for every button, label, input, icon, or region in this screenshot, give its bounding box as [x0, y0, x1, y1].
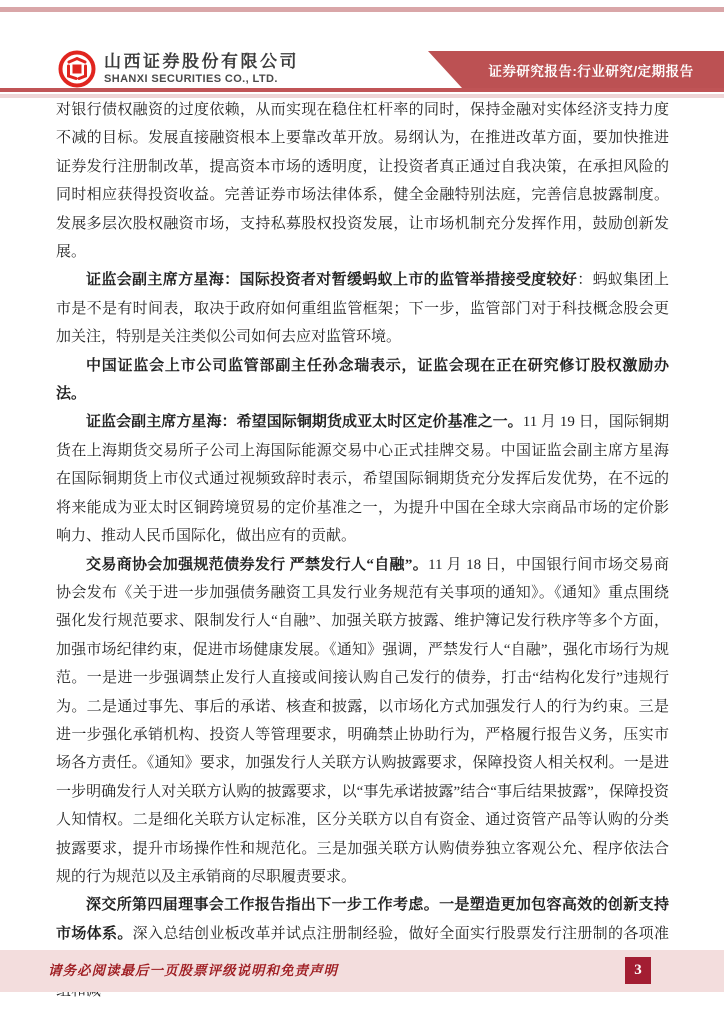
paragraph: 交易商协会加强规范债券发行 严禁发行人“自融”。11 月 18 日，中国银行间市… [56, 551, 669, 892]
report-type-banner: 证券研究报告:行业研究/定期报告 [428, 51, 724, 88]
paragraph-run: 11 月 19 日，国际铜期货在上海期货交易所子公司上海国际能源交易中心正式挂牌… [56, 414, 669, 544]
report-page: 山西证券股份有限公司 SHANXI SECURITIES CO., LTD. 证… [0, 0, 724, 1024]
page-number-box: 3 [625, 957, 651, 984]
paragraph-run: 对银行债权融资的过度依赖，从而实现在稳住杠杆率的同时，保持金融对实体经济支持力度… [56, 102, 669, 260]
company-name-cn: 山西证券股份有限公司 [104, 52, 299, 72]
paragraph-bold-run: 证监会副主席方星海：国际投资者对暂缓蚂蚁上市的监管举措接受度较好 [86, 272, 577, 288]
company-name-en: SHANXI SECURITIES CO., LTD. [104, 72, 299, 86]
paragraph: 对银行债权融资的过度依赖，从而实现在稳住杠杆率的同时，保持金融对实体经济支持力度… [56, 96, 669, 266]
paragraph: 中国证监会上市公司监管部副主任孙念瑞表示，证监会现在正在研究修订股权激励办法。 [56, 352, 669, 409]
header-rule-dark [0, 88, 724, 92]
logo-coin-icon [58, 50, 96, 88]
top-decorative-line [0, 7, 724, 12]
paragraph: 证监会副主席方星海：希望国际铜期货成亚太时区定价基准之一。11 月 19 日，国… [56, 408, 669, 550]
paragraph: 证监会副主席方星海：国际投资者对暂缓蚂蚁上市的监管举措接受度较好：蚂蚁集团上市是… [56, 266, 669, 351]
paragraph-run: 11 月 18 日，中国银行间市场交易商协会发布《关于进一步加强债务融资工具发行… [56, 557, 669, 885]
paragraph-bold-run: 证监会副主席方星海：希望国际铜期货成亚太时区定价基准之一。 [86, 414, 523, 430]
footer-disclaimer-note: 请务必阅读最后一页股票评级说明和免责声明 [48, 959, 338, 979]
body-paragraphs: 对银行债权融资的过度依赖，从而实现在稳住杠杆率的同时，保持金融对实体经济支持力度… [56, 96, 669, 1005]
paragraph-bold-run: 中国证监会上市公司监管部副主任孙念瑞表示，证监会现在正在研究修订股权激励办法。 [56, 358, 669, 402]
company-logo-icon [58, 50, 96, 88]
report-type-label: 证券研究报告:行业研究/定期报告 [488, 60, 693, 80]
company-name-block: 山西证券股份有限公司 SHANXI SECURITIES CO., LTD. [104, 52, 299, 86]
page-number: 3 [634, 962, 642, 979]
paragraph-bold-run: 交易商协会加强规范债券发行 严禁发行人“自融”。 [86, 557, 428, 573]
